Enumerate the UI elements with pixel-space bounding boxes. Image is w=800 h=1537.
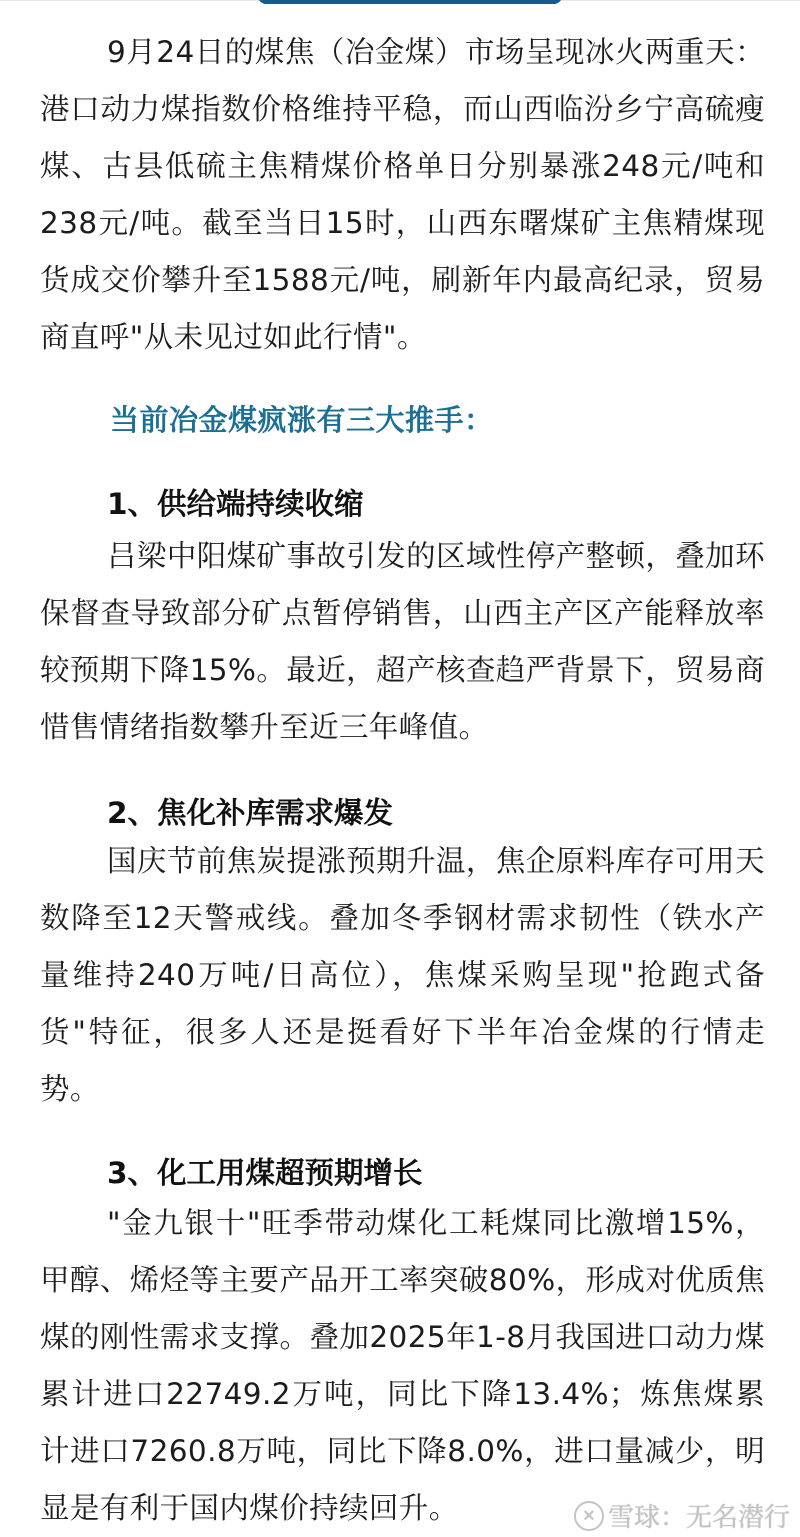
watermark: ✕ 雪球：无名潜行 [574, 1497, 790, 1534]
section-3-body: "金九银十"旺季带动煤化工耗煤同比激增15%，甲醇、烯烃等主要产品开工率突破80… [40, 1195, 765, 1537]
section-title: 当前冶金煤疯涨有三大推手： [110, 400, 494, 440]
top-tab-bar [258, 0, 562, 4]
section-1-heading: 1、供给端持续收缩 [107, 484, 364, 524]
section-2-body: 国庆节前焦炭提涨预期升温，焦企原料库存可用天数降至12天警戒线。叠加冬季钢材需求… [40, 833, 765, 1118]
section-3-heading: 3、化工用煤超预期增长 [107, 1153, 423, 1193]
xueqiu-logo-icon: ✕ [574, 1501, 604, 1531]
section-2-heading: 2、焦化补库需求爆发 [107, 793, 393, 833]
section-1-body: 吕梁中阳煤矿事故引发的区域性停产整顿，叠加环保督查导致部分矿点暂停销售，山西主产… [40, 528, 765, 756]
watermark-text: 雪球：无名潜行 [608, 1497, 790, 1534]
intro-paragraph: 9月24日的煤焦（冶金煤）市场呈现冰火两重天：港口动力煤指数价格维持平稳，而山西… [40, 24, 765, 366]
